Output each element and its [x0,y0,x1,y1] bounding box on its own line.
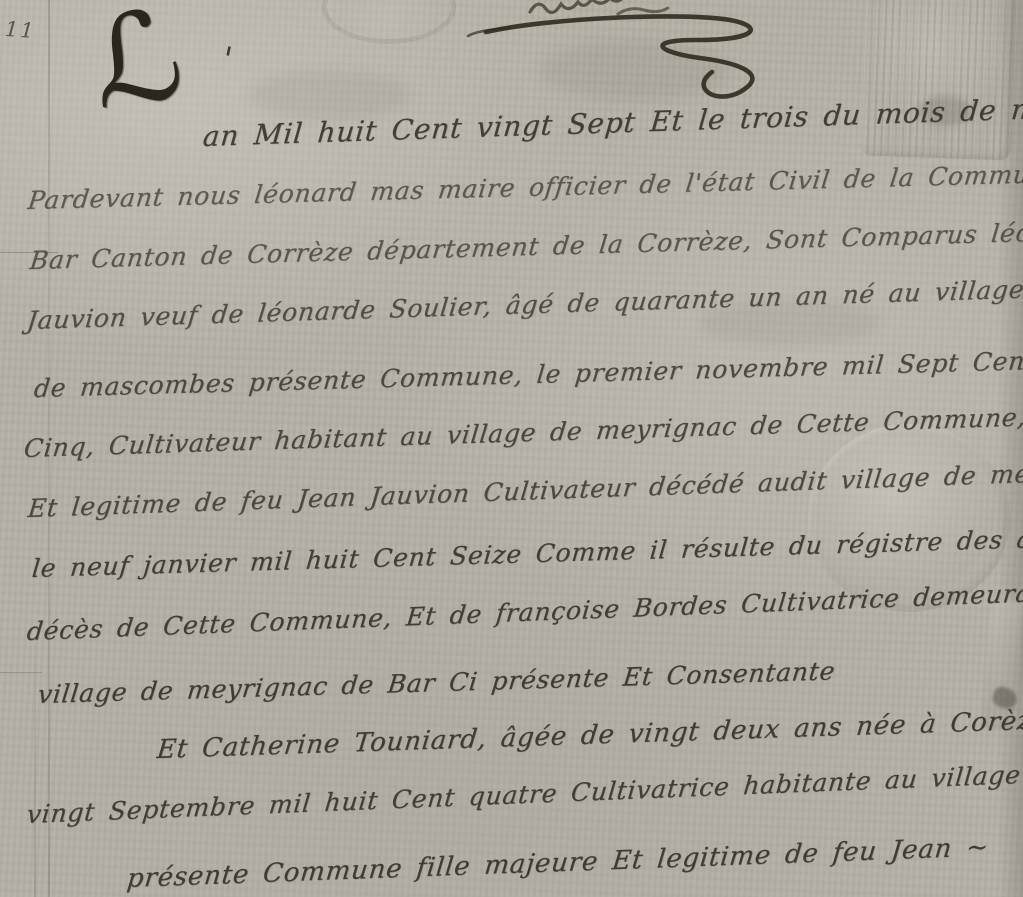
paraph-swoosh [486,16,752,96]
cut-off-heading-strokes [530,0,625,13]
ink-show-through-blot [250,70,410,120]
horizontal-crease-lower [0,672,42,673]
manuscript-page: 11 ℒ ' an Mil huit Cent vingt Sept Et le… [0,0,1023,897]
manuscript-line: village de meyrignac de Bar Ci présente … [36,656,837,709]
drop-cap-initial-L: ℒ [83,0,191,128]
manuscript-line: Pardevant nous léonard mas maire officie… [26,158,1023,215]
manuscript-line: Bar Canton de Corrèze département de la … [28,216,1023,275]
manuscript-line: de mascombes présente Commune, le premie… [33,341,1023,403]
manuscript-line: vingt Septembre mil huit Cent quatre Cul… [26,757,1023,829]
embossed-seal-partial-top [322,0,456,44]
embossed-revenue-stamp [859,0,1017,161]
paraph-flourish [468,0,798,112]
margin-page-number: 11 [4,17,36,43]
manuscript-line: présente Commune fille majeure Et legiti… [125,832,990,894]
drop-cap-apostrophe: ' [218,39,235,80]
manuscript-line: Et Catherine Touniard, âgée de vingt deu… [155,704,1023,765]
vertical-fold-crease-lower [34,640,36,897]
